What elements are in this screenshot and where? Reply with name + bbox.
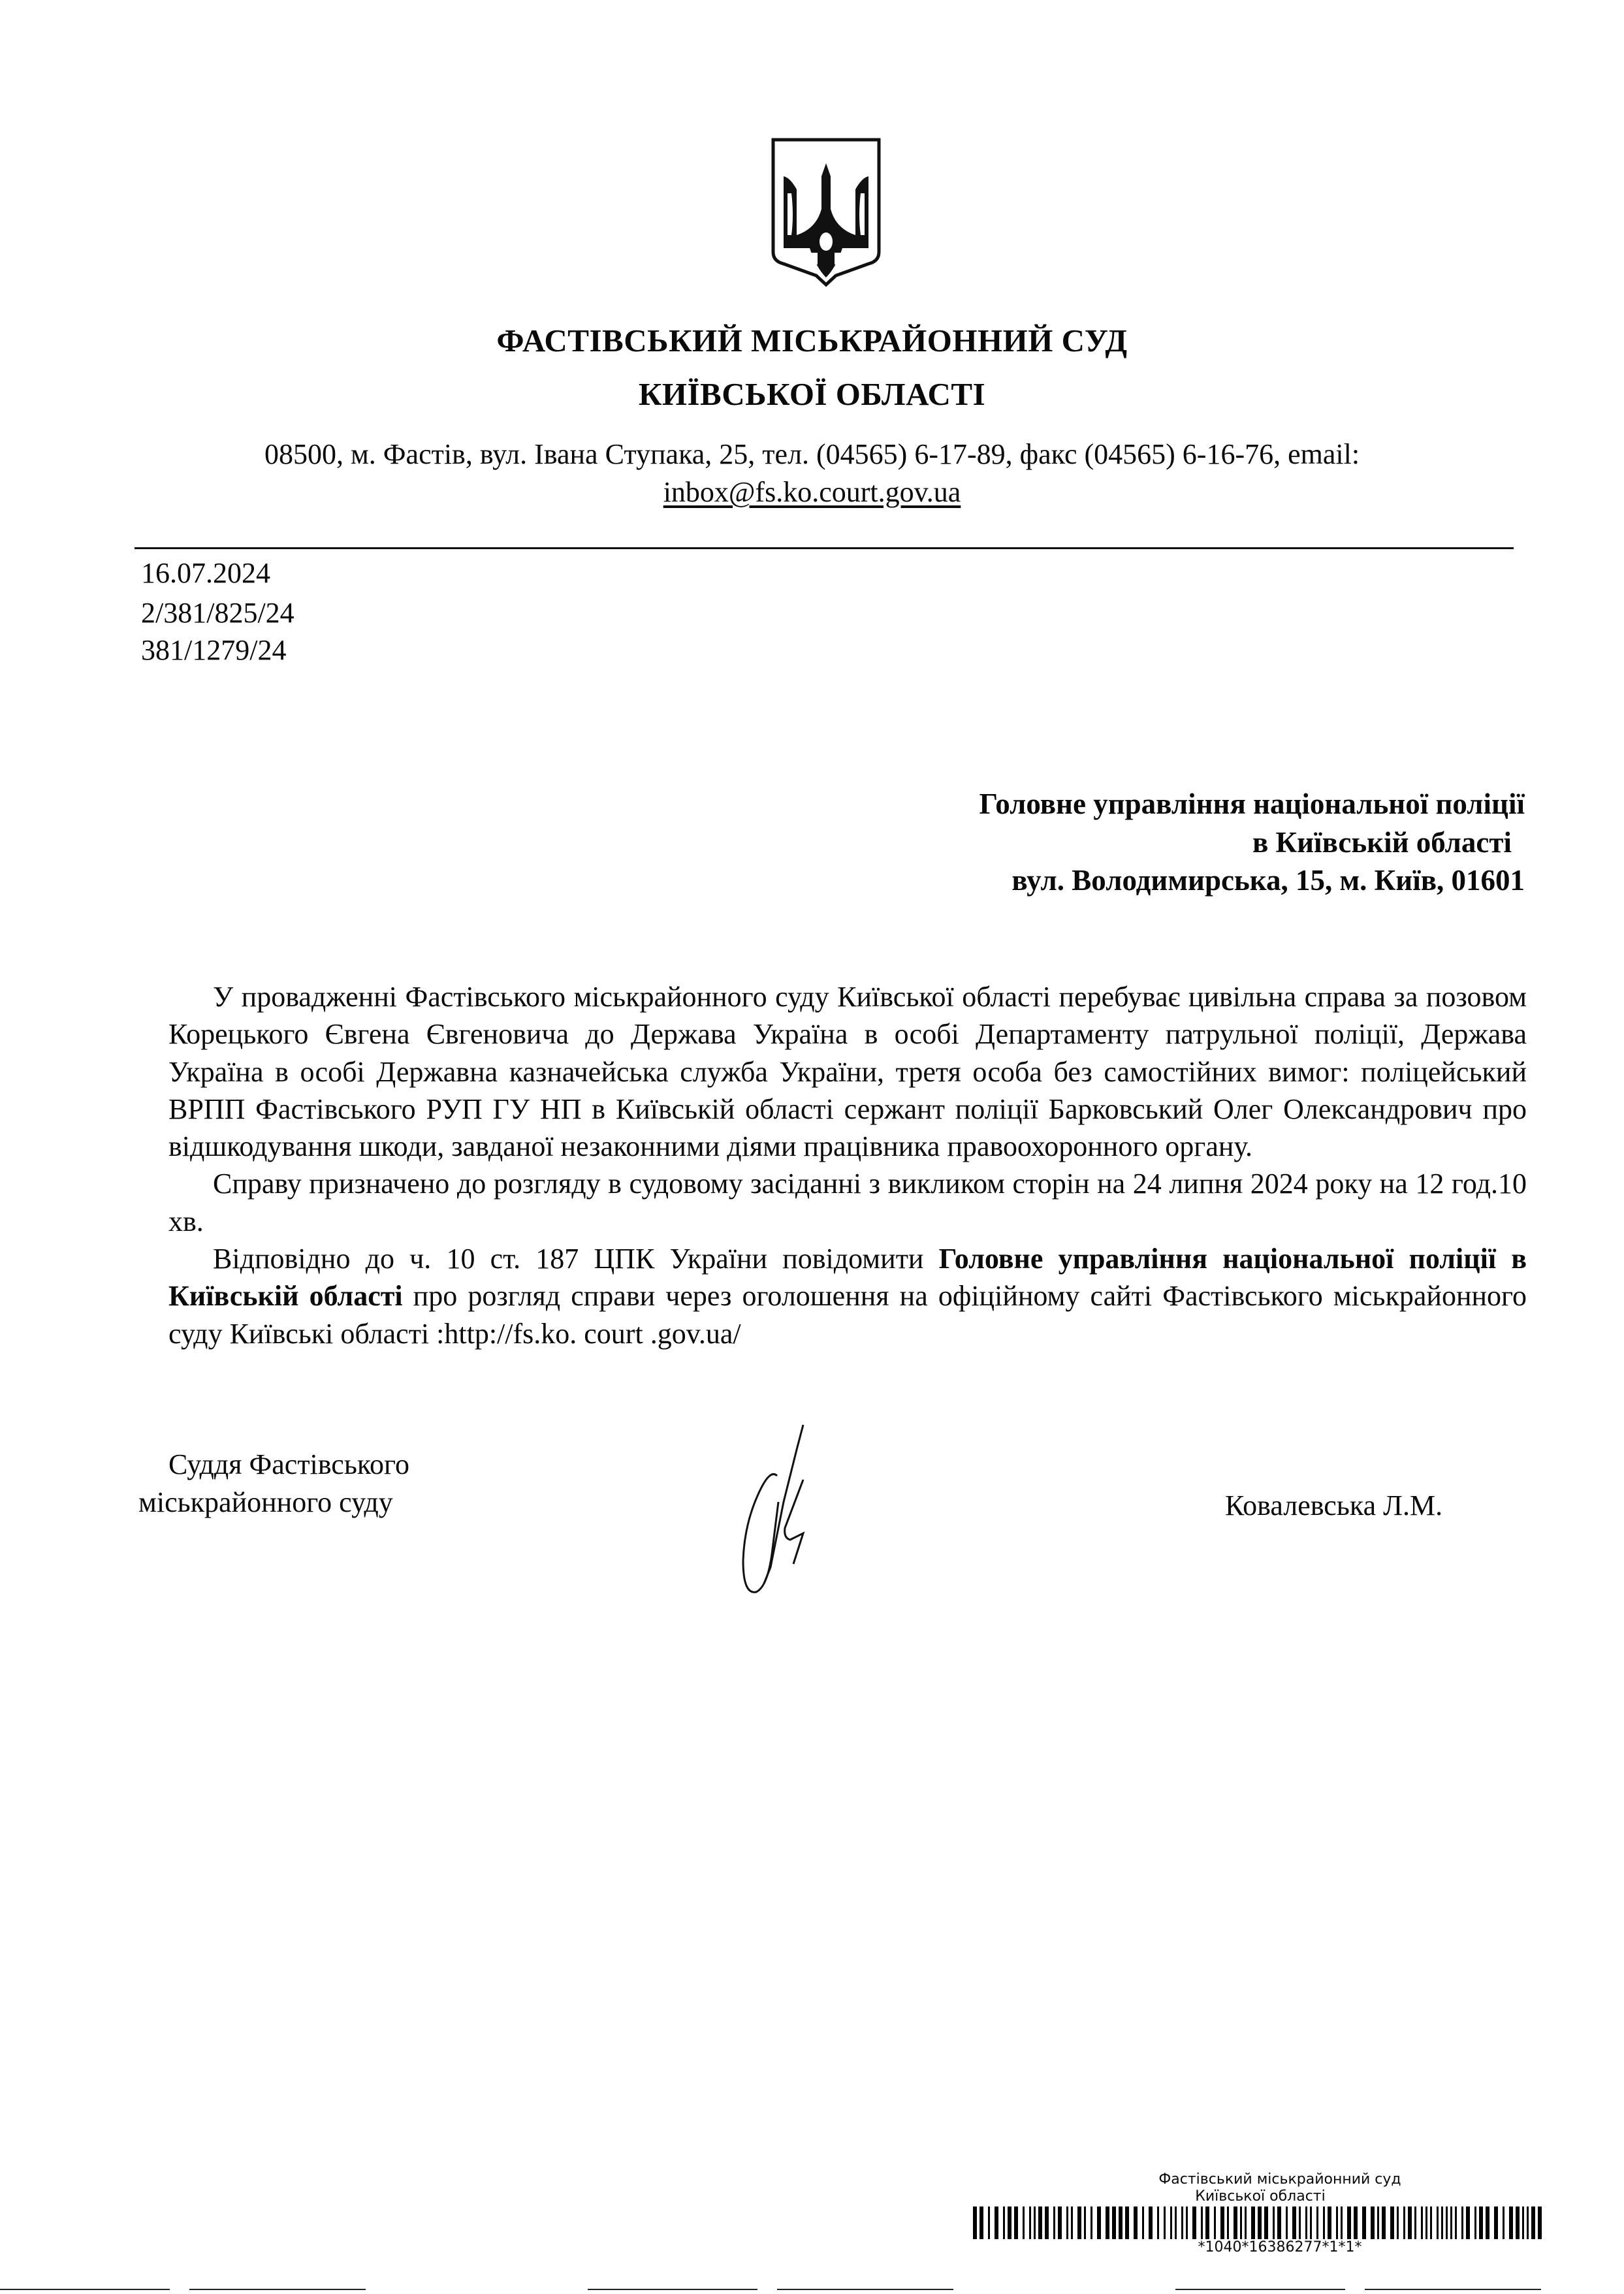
- court-email-link[interactable]: inbox@fs.ko.court.gov.ua: [663, 476, 961, 508]
- proceeding-number: 381/1279/24: [141, 633, 286, 667]
- signatory-title-line1: Суддя Фастівського: [168, 1448, 409, 1481]
- footer-divider: [0, 2289, 1624, 2290]
- court-name-line2: КИЇВСЬКОЇ ОБЛАСТІ: [0, 375, 1624, 413]
- body-paragraph-2: Справу призначено до розгляду в судовому…: [168, 1165, 1527, 1240]
- coat-of-arms-icon: [771, 137, 882, 289]
- stamp-court-name: Фастівський міськрайонний суд: [1012, 2171, 1548, 2188]
- court-contacts: 08500, м. Фастів, вул. Івана Ступака, 25…: [0, 438, 1624, 471]
- body-paragraph-1: У провадженні Фастівського міськрайонног…: [168, 978, 1527, 1165]
- addressee-line1: Головне управління національної поліції: [979, 787, 1525, 821]
- barcode-number: *1040*16386277*1*1*: [1012, 2239, 1548, 2255]
- court-email-line: inbox@fs.ko.court.gov.ua: [0, 475, 1624, 509]
- handwritten-signature-icon: [705, 1424, 836, 1626]
- signatory-title-line2: міськрайонного суду: [138, 1486, 393, 1519]
- header-divider: [135, 547, 1514, 549]
- document-date: 16.07.2024: [141, 556, 270, 590]
- case-number: 2/381/825/24: [141, 596, 295, 629]
- letter-body: У провадженні Фастівського міськрайонног…: [168, 978, 1527, 1352]
- stamp-region: Київської області: [973, 2188, 1548, 2205]
- court-name-line1: ФАСТІВСЬКИЙ МІСЬКРАЙОННИЙ СУД: [0, 322, 1624, 359]
- paragraph-3-prefix: Відповідно до ч. 10 ст. 187 ЦПК України …: [213, 1243, 939, 1275]
- judge-name: Ковалевська Л.М.: [1225, 1489, 1442, 1522]
- barcode-icon: [973, 2206, 1548, 2239]
- addressee-address: вул. Володимирська, 15, м. Київ, 01601: [1011, 863, 1525, 897]
- registry-stamp: Фастівський міськрайонний суд Київської …: [973, 2171, 1548, 2255]
- addressee-line2: в Київській області: [1252, 825, 1512, 859]
- body-paragraph-3: Відповідно до ч. 10 ст. 187 ЦПК України …: [168, 1240, 1527, 1352]
